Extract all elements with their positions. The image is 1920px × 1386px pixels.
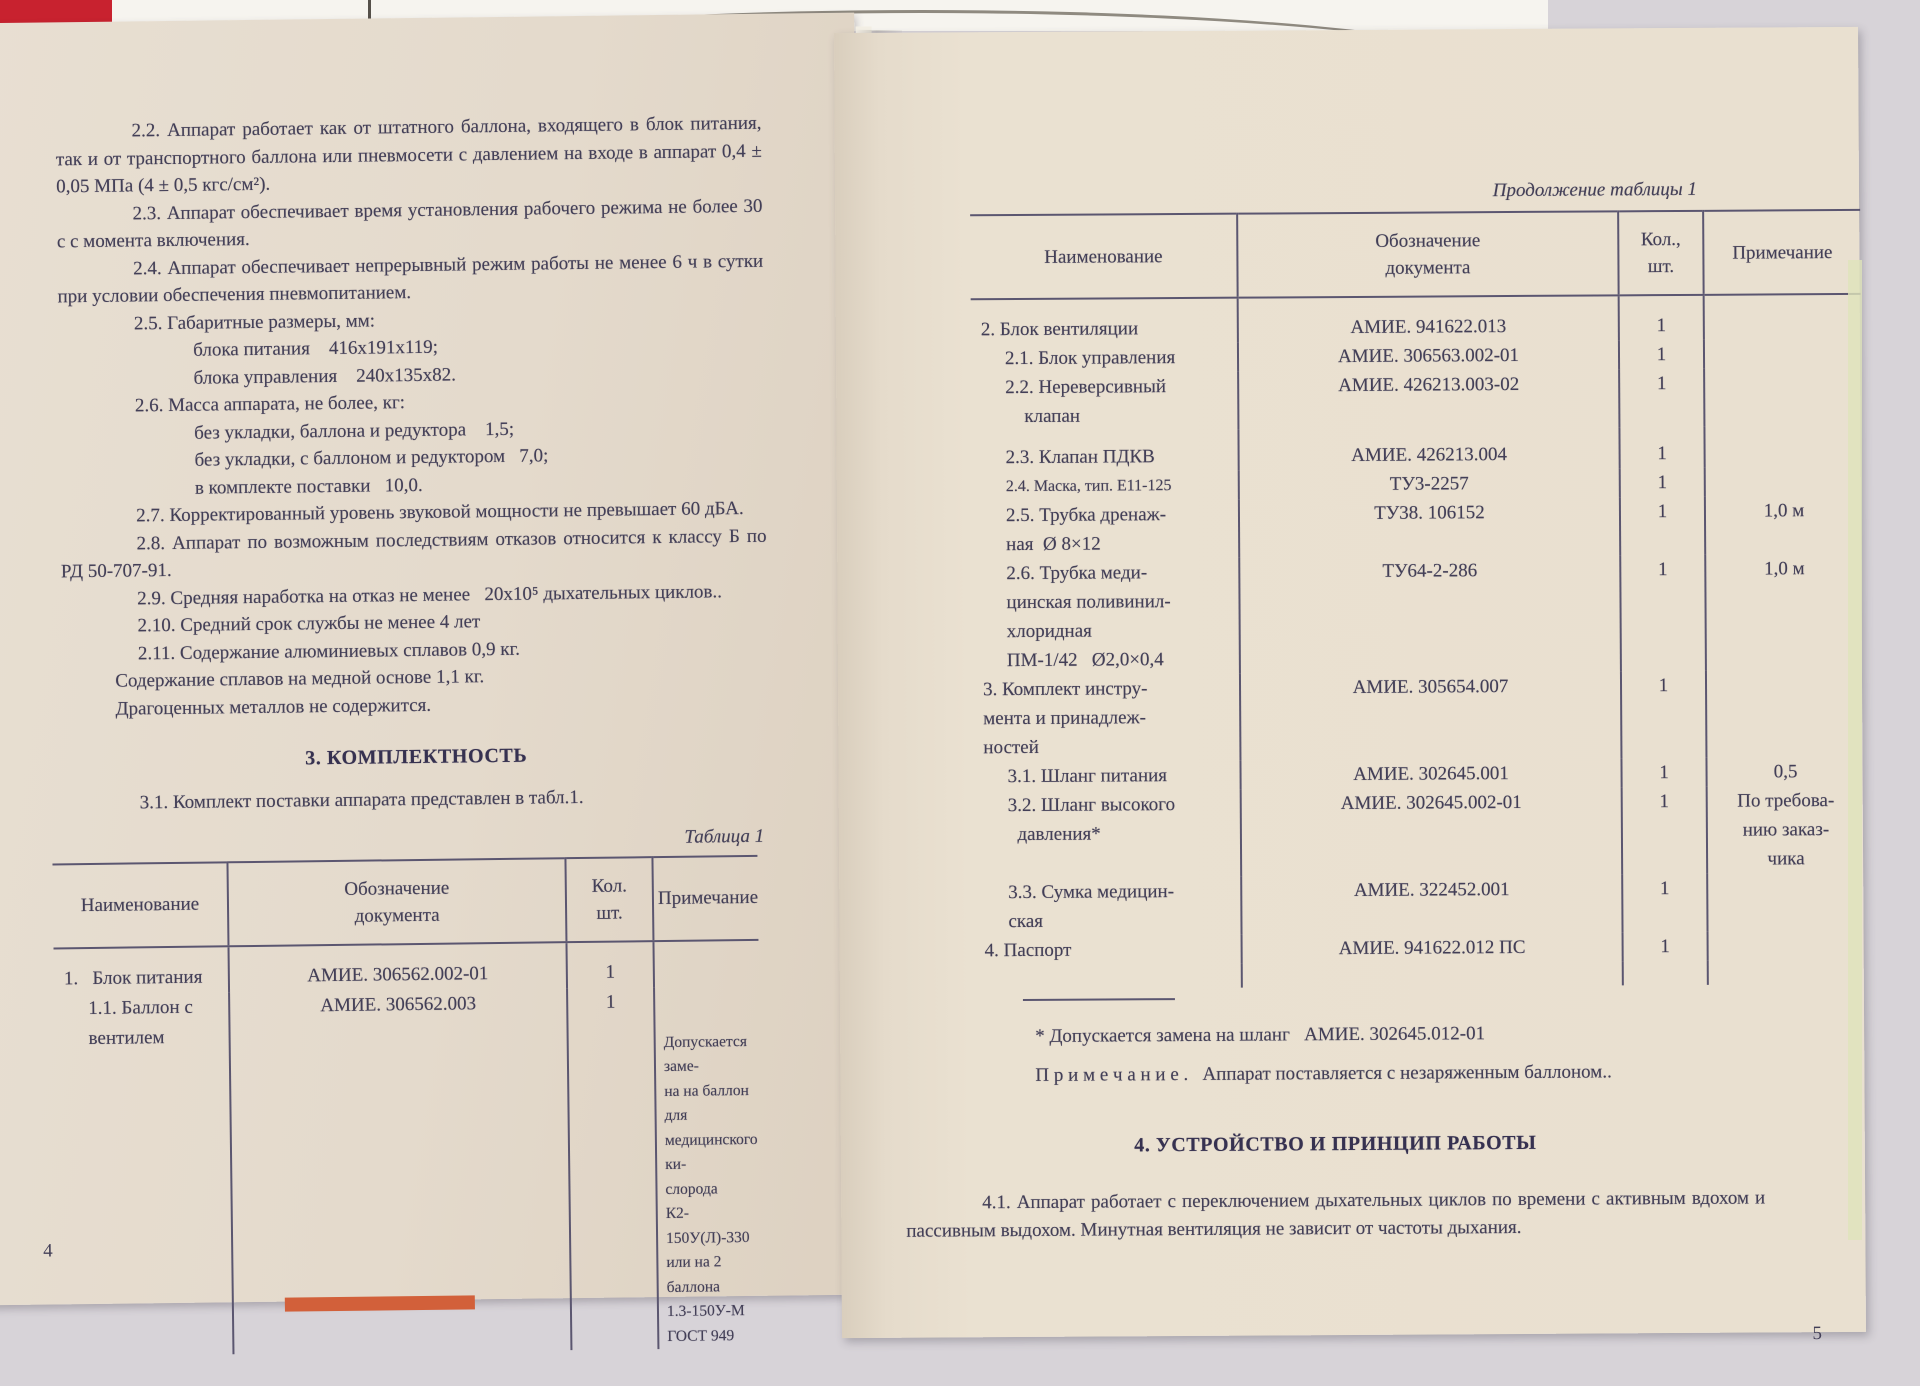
cell-name: 3. Комплект инстру- мента и принадлеж- н…	[973, 674, 1241, 763]
table-row: 2. Блок вентиляции АМИЕ. 941622.013 1	[971, 294, 1861, 344]
para-2-8: 2.8. Аппарат по возможным последствиям о…	[60, 522, 767, 586]
para-2-3: 2.3. Аппарат обеспечивает время установл…	[56, 192, 763, 256]
cell-name: 2.4. Маска, тип. Е11-125	[972, 471, 1239, 502]
components-table-page4: Наименование Обозначение документа Кол. …	[52, 854, 763, 1356]
cell-doc: АМИЕ. 426213.004	[1238, 427, 1619, 470]
cell-note	[1707, 873, 1864, 932]
footnote-rule	[1023, 998, 1175, 1001]
cell-doc: ТУ38. 106152	[1239, 497, 1620, 557]
page-number-5: 5	[1812, 1323, 1822, 1345]
table-header-row: Наименование Обозначение документа Кол. …	[52, 855, 758, 948]
cell-qty: 1	[1620, 497, 1705, 556]
cell-note	[1704, 339, 1861, 369]
cell-note	[1708, 931, 1865, 961]
cell-name: 3.1. Шланг питания	[973, 761, 1240, 792]
cell-name: 1.1. Баллон с вентилем	[54, 992, 233, 1357]
col-header-doc: Обозначение документа	[1237, 211, 1619, 297]
col-header-note: Примечание	[652, 855, 758, 940]
cell-name: 2.3. Клапан ПДКВ	[971, 430, 1238, 473]
cell-qty: 1	[1619, 369, 1704, 428]
footnote-text: * Допускается замена на шланг АМИЕ. 3026…	[905, 1018, 1764, 1051]
note-paragraph: П р и м е ч а н и е . Аппарат поставляет…	[905, 1057, 1764, 1090]
col-header-qty: Кол. шт.	[565, 857, 653, 942]
col-header-name: Наименование	[970, 214, 1238, 300]
col-header-name: Наименование	[52, 862, 228, 948]
table-row: 2.5. Трубка дренаж- ная Ø 8×12 ТУ38. 106…	[972, 496, 1862, 559]
cell-note: По требова- нию заказ- чика	[1707, 786, 1865, 874]
cell-note: 1,0 м	[1705, 554, 1863, 671]
table-row: 2.2. Нереверсивный клапан АМИЕ. 426213.0…	[971, 368, 1861, 431]
cell-empty	[1708, 960, 1865, 985]
table-row: 2.6. Трубка меди- цинская поливинил- хло…	[972, 554, 1863, 675]
cell-note: 0,5	[1706, 757, 1863, 787]
section-3-heading: 3. КОМПЛЕКТНОСТЬ	[63, 742, 769, 774]
cell-note	[1706, 670, 1864, 758]
cell-name: 4. Паспорт	[975, 935, 1242, 966]
para-2-2: 2.2. Аппарат работает как от штатного ба…	[55, 110, 762, 201]
cell-name: 3.3. Сумка медицин- ская	[974, 877, 1241, 937]
cell-name: 2.1. Блок управления	[971, 343, 1238, 374]
para-4-1: 4.1. Аппарат работает с переключением ды…	[906, 1184, 1765, 1244]
cell-empty	[1623, 961, 1708, 986]
cell-note	[1705, 467, 1862, 497]
cell-note: Допускается заме- на на баллон для медиц…	[654, 985, 763, 1349]
cell-note	[1704, 294, 1861, 340]
cell-note	[653, 939, 759, 986]
cell-name: 3.2. Шланг высокого давления*	[974, 790, 1242, 879]
cell-name: 2.6. Трубка меди- цинская поливинил- хло…	[972, 558, 1240, 676]
cell-qty: 1	[1619, 295, 1704, 341]
table-row: 2.3. Клапан ПДКВ АМИЕ. 426213.004 1	[971, 426, 1861, 472]
table-1-continuation-caption: Продолжение таблицы 1	[900, 177, 1759, 206]
page-number-4: 4	[43, 1240, 53, 1262]
cell-note	[1704, 426, 1861, 468]
table-header-row: Наименование Обозначение документа Кол.,…	[970, 210, 1860, 299]
left-page: 2.2. Аппарат работает как от штатного ба…	[0, 13, 870, 1306]
table-filler-row	[975, 960, 1865, 989]
table-1-caption: Таблица 1	[64, 824, 770, 857]
cell-doc: АМИЕ. 302645.002-01	[1241, 787, 1623, 876]
col-header-qty: Кол., шт.	[1618, 211, 1704, 296]
cell-doc: АМИЕ. 426213.003-02	[1238, 369, 1619, 429]
cell-name: 2.2. Нереверсивный клапан	[971, 372, 1238, 432]
cell-qty: 1	[1619, 340, 1704, 370]
cell-qty: 1	[1619, 427, 1704, 469]
cell-doc: АМИЕ. 941622.013	[1238, 295, 1619, 342]
cell-name: 2.5. Трубка дренаж- ная Ø 8×12	[972, 500, 1239, 560]
cell-empty	[1242, 961, 1623, 987]
orange-edge-mark	[285, 1295, 475, 1311]
cell-doc: АМИЕ. 322452.001	[1241, 874, 1622, 934]
section-4-heading: 4. УСТРОЙСТВО И ПРИНЦИП РАБОТЫ	[906, 1130, 1765, 1158]
cell-doc: АМИЕ. 941622.012 ПС	[1242, 932, 1623, 963]
cell-qty: 1	[1622, 787, 1708, 875]
cell-qty: 1	[1620, 468, 1705, 498]
col-header-doc: Обозначение документа	[227, 858, 566, 946]
cell-qty: 1	[1622, 874, 1707, 933]
para-2-4: 2.4. Аппарат обеспечивает непрерывный ре…	[57, 247, 764, 311]
cell-name: 2. Блок вентиляции	[971, 298, 1238, 345]
col-header-note: Примечание	[1703, 210, 1861, 295]
cell-note: 1,0 м	[1705, 496, 1862, 555]
cell-name: 1. Блок питания	[54, 946, 230, 994]
cell-qty: 1	[566, 941, 654, 988]
table-row: 3. Комплект инстру- мента и принадлеж- н…	[973, 670, 1864, 762]
cell-doc: АМИЕ. 306563.002-01	[1238, 340, 1619, 371]
cell-doc: ТУ3-2257	[1239, 468, 1620, 499]
cell-qty: 1	[1620, 555, 1706, 672]
para-3-1: 3.1. Комплект поставки аппарата представ…	[64, 782, 770, 818]
cell-doc: ТУ64-2-286	[1239, 555, 1621, 673]
cell-qty: 1	[1621, 671, 1707, 759]
cell-note	[1704, 368, 1861, 427]
cell-qty: 1	[1623, 932, 1708, 962]
table-row: 3.2. Шланг высокого давления* АМИЕ. 3026…	[974, 786, 1865, 878]
table-row: 3.3. Сумка медицин- ская АМИЕ. 322452.00…	[974, 873, 1864, 936]
cell-qty: 1	[1621, 758, 1706, 788]
components-table-page5: Наименование Обозначение документа Кол.,…	[970, 209, 1865, 989]
page-edge-green-sliver	[1848, 260, 1862, 1240]
cell-doc: АМИЕ. 302645.001	[1240, 758, 1621, 789]
cell-qty: 1	[567, 987, 658, 1351]
cell-doc: АМИЕ. 306562.002-01	[228, 942, 567, 992]
cell-empty	[975, 964, 1242, 990]
right-page: Продолжение таблицы 1 Наименование Обозн…	[834, 27, 1866, 1338]
cell-doc: АМИЕ. 305654.007	[1240, 671, 1622, 760]
